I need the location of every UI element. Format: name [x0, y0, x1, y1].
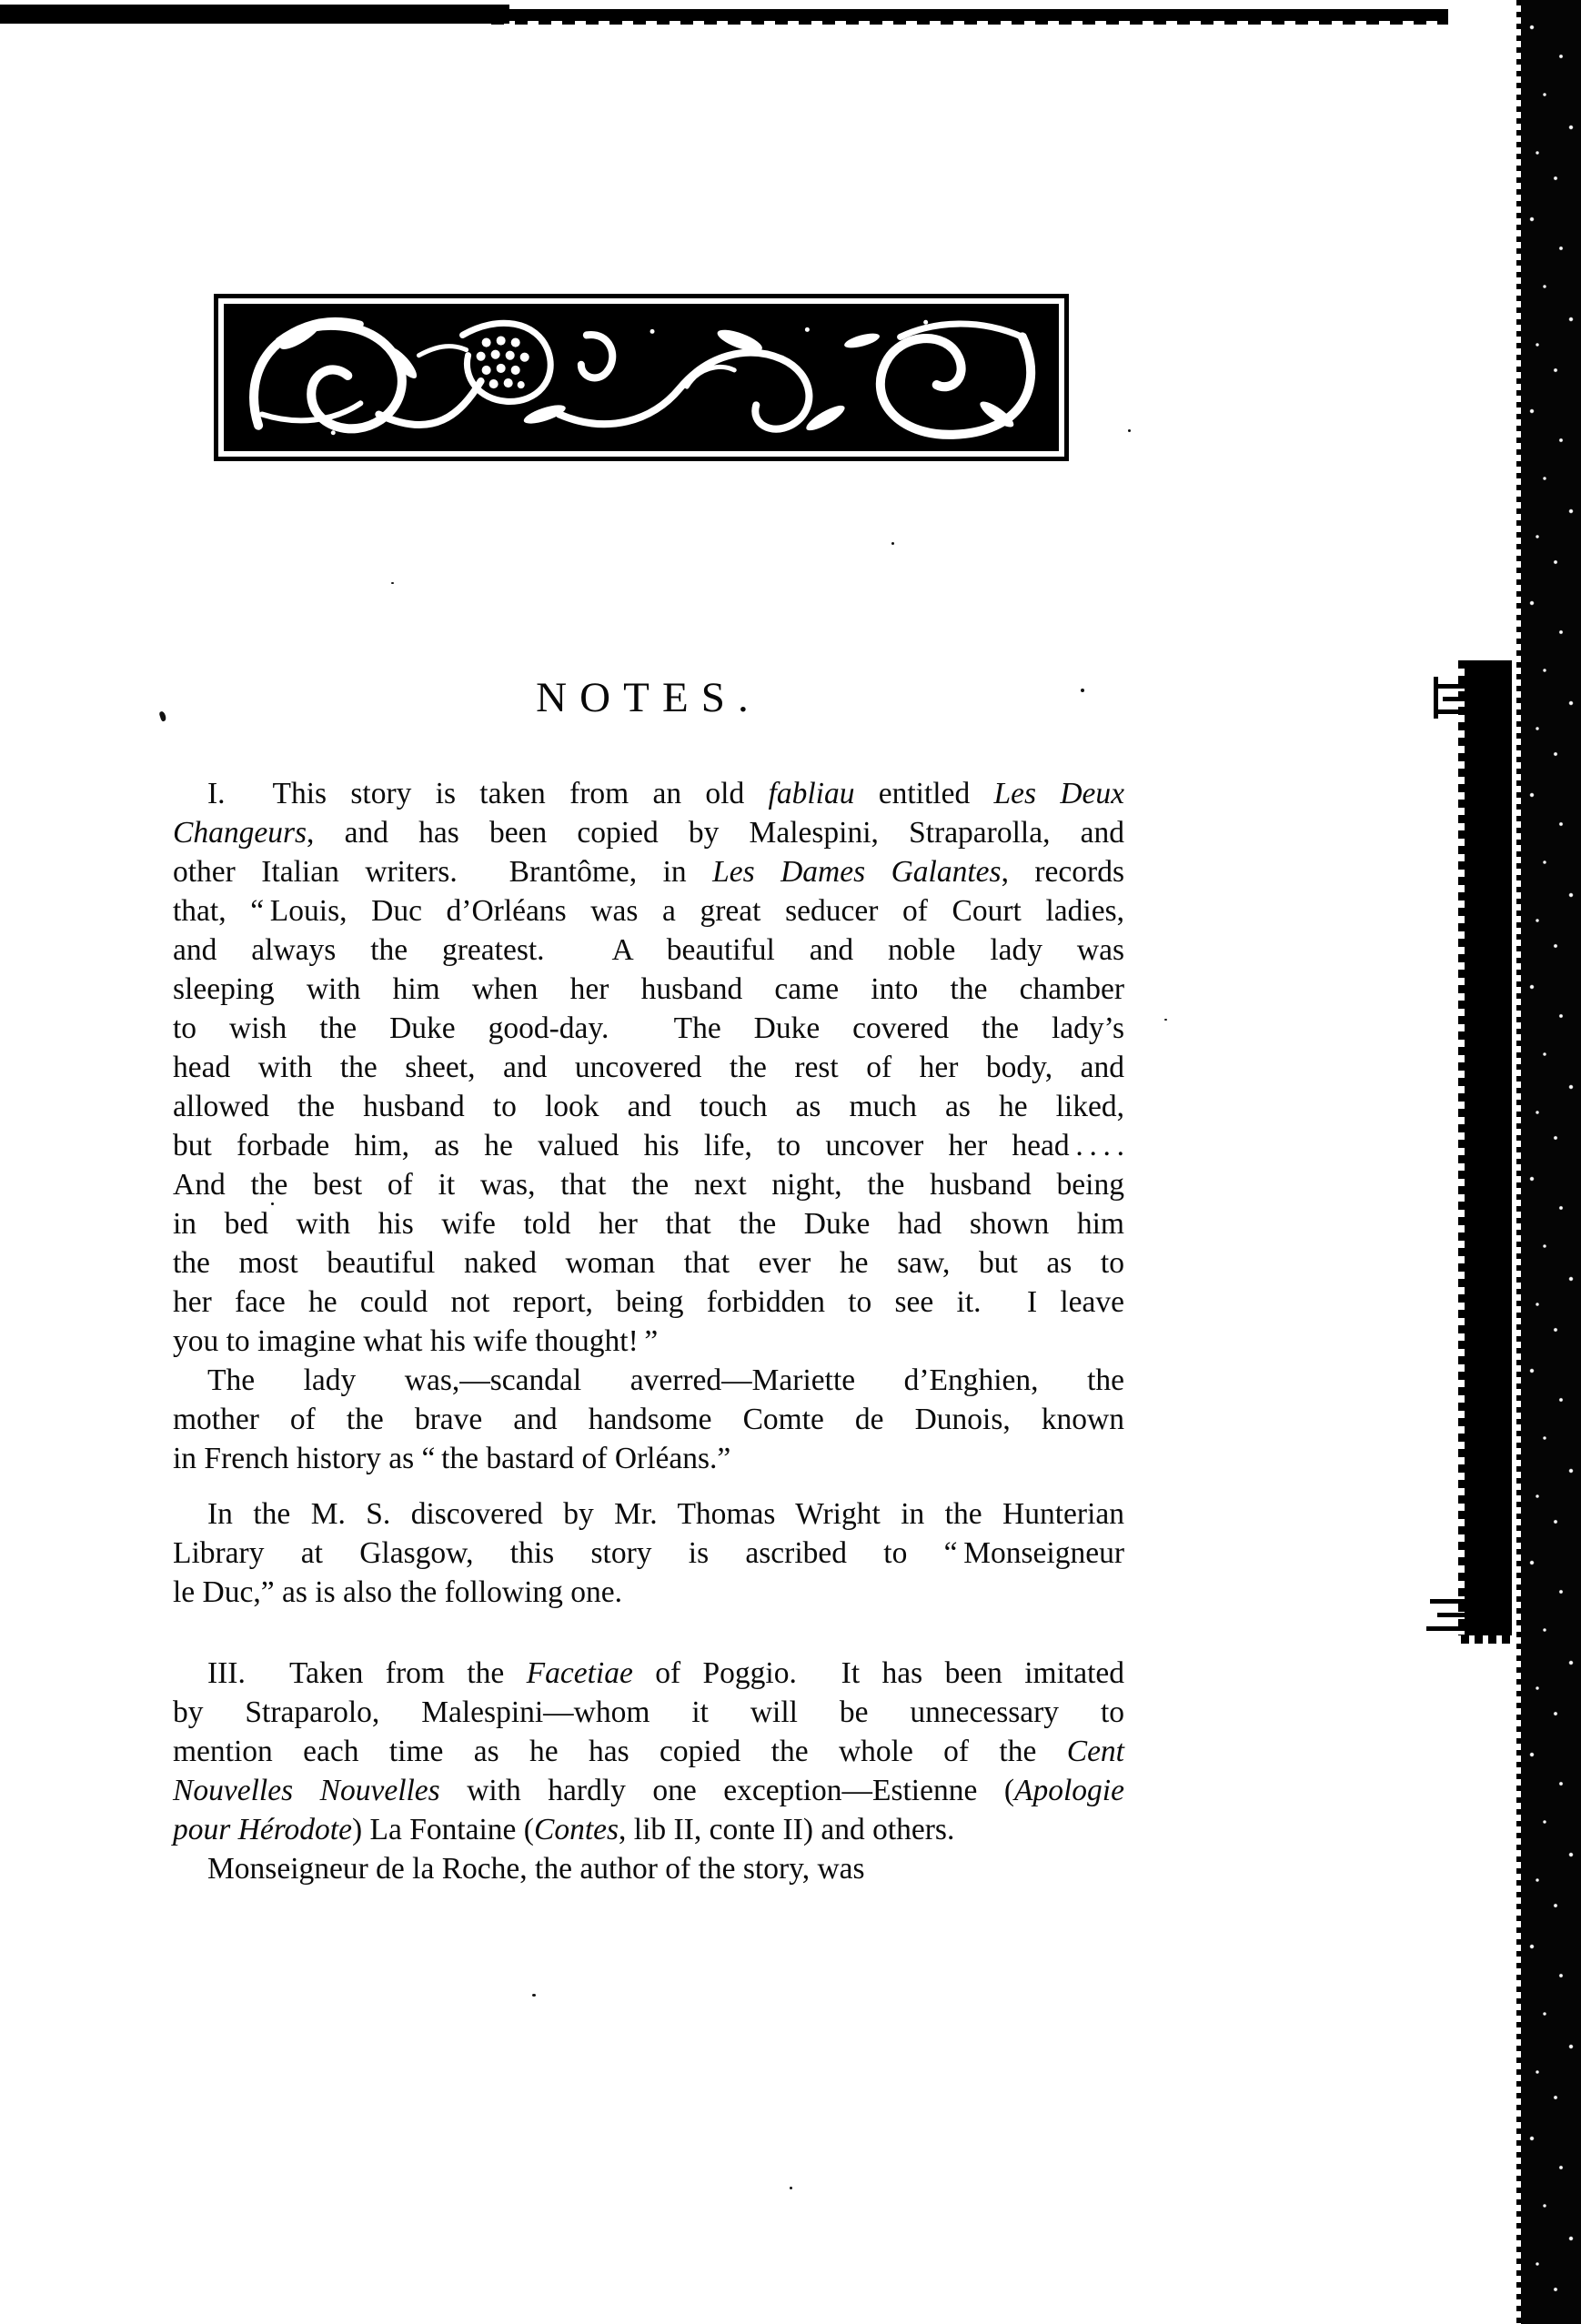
text-line: III. Taken from the Facetiae of Poggio. … [173, 1654, 1124, 1693]
paragraph: I. This story is taken from an old fabli… [173, 774, 1124, 1361]
text-line: sleeping with him when her husband came … [173, 970, 1124, 1009]
binding-tick [1430, 1599, 1466, 1604]
scan-speck [532, 1994, 536, 1997]
scan-speck [790, 2187, 792, 2189]
text-line: And the best of it was, that the next ni… [173, 1165, 1124, 1204]
text-line: to wish the Duke good-day. The Duke cove… [173, 1009, 1124, 1048]
text-line: but forbade him, as he valued his life, … [173, 1126, 1124, 1165]
scan-edge-top [491, 9, 1448, 21]
text-line: head with the sheet, and uncovered the r… [173, 1048, 1124, 1087]
text-line: Nouvelles Nouvelles with hardly one exce… [173, 1771, 1124, 1810]
text-line: Monseigneur de la Roche, the author of t… [173, 1849, 1124, 1888]
paragraph: Monseigneur de la Roche, the author of t… [173, 1849, 1124, 1888]
paragraph: In the M. S. discovered by Mr. Thomas Wr… [173, 1494, 1124, 1612]
text-line: her face he could not report, being forb… [173, 1283, 1124, 1322]
scan-edge-top [0, 5, 509, 24]
scan-speck [1128, 429, 1131, 432]
scan-speck [158, 710, 166, 721]
text-line: and always the greatest. A beautiful and… [173, 931, 1124, 970]
text-line: allowed the husband to look and touch as… [173, 1087, 1124, 1126]
text-line: that, “ Louis, Duc d’Orléans was a great… [173, 891, 1124, 931]
text-line: The lady was,—scandal averred—Mariette d… [173, 1361, 1124, 1400]
paragraph: The lady was,—scandal averred—Mariette d… [173, 1361, 1124, 1478]
scan-speck [1164, 1019, 1167, 1021]
text-line: in French history as “ the bastard of Or… [173, 1439, 1124, 1478]
page-title: NOTES. [173, 673, 1124, 722]
text-line: I. This story is taken from an old fabli… [173, 774, 1124, 813]
text-line: le Duc,” as is also the following one. [173, 1573, 1124, 1612]
scanned-book-page: NOTES. I. This story is taken from an ol… [0, 0, 1581, 2324]
binding-tick [1437, 709, 1465, 714]
scan-speck [1081, 689, 1084, 692]
book-gutter-shadow-inner [1465, 660, 1512, 1635]
scan-speck [391, 582, 394, 584]
paragraph: III. Taken from the Facetiae of Poggio. … [173, 1654, 1124, 1849]
binding-tick [1437, 1613, 1466, 1617]
binding-tick [1443, 697, 1466, 701]
book-gutter-shadow-outer [1521, 0, 1581, 2324]
text-line: pour Hérodote) La Fontaine (Contes, lib … [173, 1810, 1124, 1849]
engraved-floral-headpiece [224, 304, 1059, 451]
text-block: I. This story is taken from an old fabli… [173, 774, 1124, 1888]
text-line: in bed with his wife told her that the D… [173, 1204, 1124, 1243]
text-line: Library at Glasgow, this story is ascrib… [173, 1534, 1124, 1573]
text-line: mention each time as he has copied the w… [173, 1732, 1124, 1771]
scan-speck [271, 1202, 274, 1205]
binding-tick [1426, 1626, 1466, 1631]
binding-tick [1435, 684, 1466, 689]
text-line: Changeurs, and has been copied by Malesp… [173, 813, 1124, 852]
headpiece-ornament-frame [214, 294, 1069, 461]
scan-speck [637, 1717, 639, 1720]
text-line: the most beautiful naked woman that ever… [173, 1243, 1124, 1283]
text-line: by Straparolo, Malespini—whom it will be… [173, 1693, 1124, 1732]
text-line: In the M. S. discovered by Mr. Thomas Wr… [173, 1494, 1124, 1534]
scan-speck [891, 542, 894, 545]
text-line: other Italian writers. Brantôme, in Les … [173, 852, 1124, 891]
text-line: you to imagine what his wife thought! ” [173, 1322, 1124, 1361]
text-line: mother of the brave and handsome Comte d… [173, 1400, 1124, 1439]
